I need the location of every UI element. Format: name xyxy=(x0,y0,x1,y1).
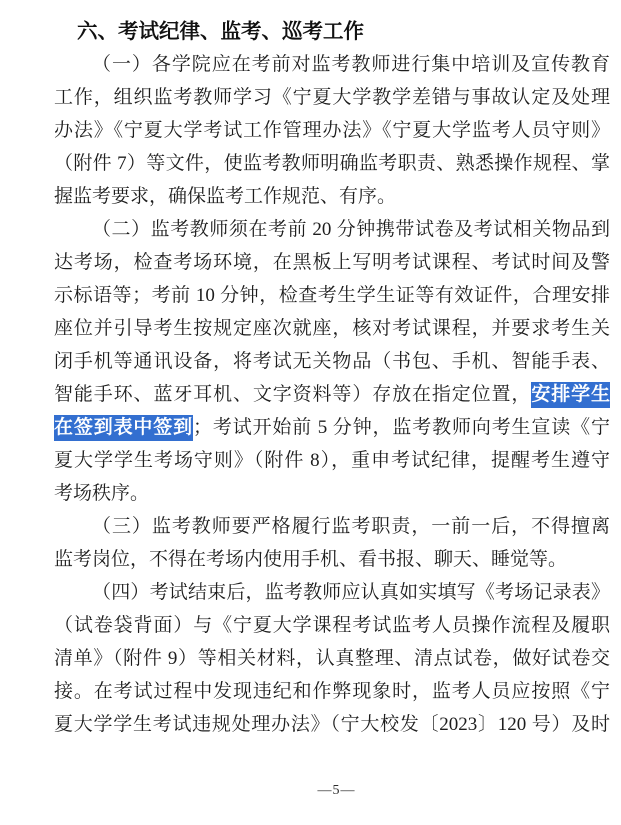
text-line: 闭手机等通讯设备，将考试无关物品（书包、手机、智能手表、 xyxy=(54,345,610,378)
text-line: 智能手环、蓝牙耳机、文字资料等）存放在指定位置，安排学生 xyxy=(54,378,610,411)
text-column: 六、考试纪律、监考、巡考工作 （一）各学院应在考前对监考教师进行集中培训及宣传教… xyxy=(54,15,610,741)
text-line: 握监考要求，确保监考工作规范、有序。 xyxy=(54,180,610,213)
text-line: （一）各学院应在考前对监考教师进行集中培训及宣传教育 xyxy=(54,48,610,81)
text-line: （三）监考教师要严格履行监考职责，一前一后，不得擅离 xyxy=(54,510,610,543)
text-run: ；考试开始前 5 分钟，监考教师向考生宣读《宁 xyxy=(193,417,610,438)
text-line: （二）监考教师须在考前 20 分钟携带试卷及考试相关物品到 xyxy=(54,213,610,246)
text-line: 示标语等；考前 10 分钟，检查考生学生证等有效证件，合理安排 xyxy=(54,279,610,312)
text-line: 考场秩序。 xyxy=(54,477,610,510)
text-line: （附件 7）等文件，使监考教师明确监考职责、熟悉操作规程、掌 xyxy=(54,147,610,180)
text-run: 智能手环、蓝牙耳机、文字资料等）存放在指定位置， xyxy=(54,384,531,405)
page-number: —5— xyxy=(26,783,621,799)
text-line: 在签到表中签到；考试开始前 5 分钟，监考教师向考生宣读《宁 xyxy=(54,411,610,444)
highlighted-text: 安排学生 xyxy=(531,382,610,408)
text-line: 夏大学学生考场守则》（附件 8），重申考试纪律，提醒考生遵守 xyxy=(54,444,610,477)
section-heading: 六、考试纪律、监考、巡考工作 xyxy=(54,15,610,48)
highlighted-text: 在签到表中签到 xyxy=(54,415,193,441)
text-line: 监考岗位，不得在考场内使用手机、看书报、聊天、睡觉等。 xyxy=(54,543,610,576)
text-line: （试卷袋背面）与《宁夏大学课程考试监考人员操作流程及履职 xyxy=(54,609,610,642)
text-line: 接。在考试过程中发现违纪和作弊现象时，监考人员应按照《宁 xyxy=(54,675,610,708)
text-line: 夏大学学生考试违规处理办法》（宁大校发〔2023〕120 号）及时 xyxy=(54,708,610,741)
text-line: 工作，组织监考教师学习《宁夏大学教学差错与事故认定及处理 xyxy=(54,81,610,114)
text-line: 清单》（附件 9）等相关材料，认真整理、清点试卷，做好试卷交 xyxy=(54,642,610,675)
text-line: （四）考试结束后，监考教师应认真如实填写《考场记录表》 xyxy=(54,576,610,609)
text-line: 达考场，检查考场环境，在黑板上写明考试课程、考试时间及警 xyxy=(54,246,610,279)
document-page: 六、考试纪律、监考、巡考工作 （一）各学院应在考前对监考教师进行集中培训及宣传教… xyxy=(0,0,621,825)
text-line: 办法》《宁夏大学考试工作管理办法》《宁夏大学监考人员守则》 xyxy=(54,114,610,147)
text-line: 座位并引导考生按规定座次就座，核对考试课程，并要求考生关 xyxy=(54,312,610,345)
